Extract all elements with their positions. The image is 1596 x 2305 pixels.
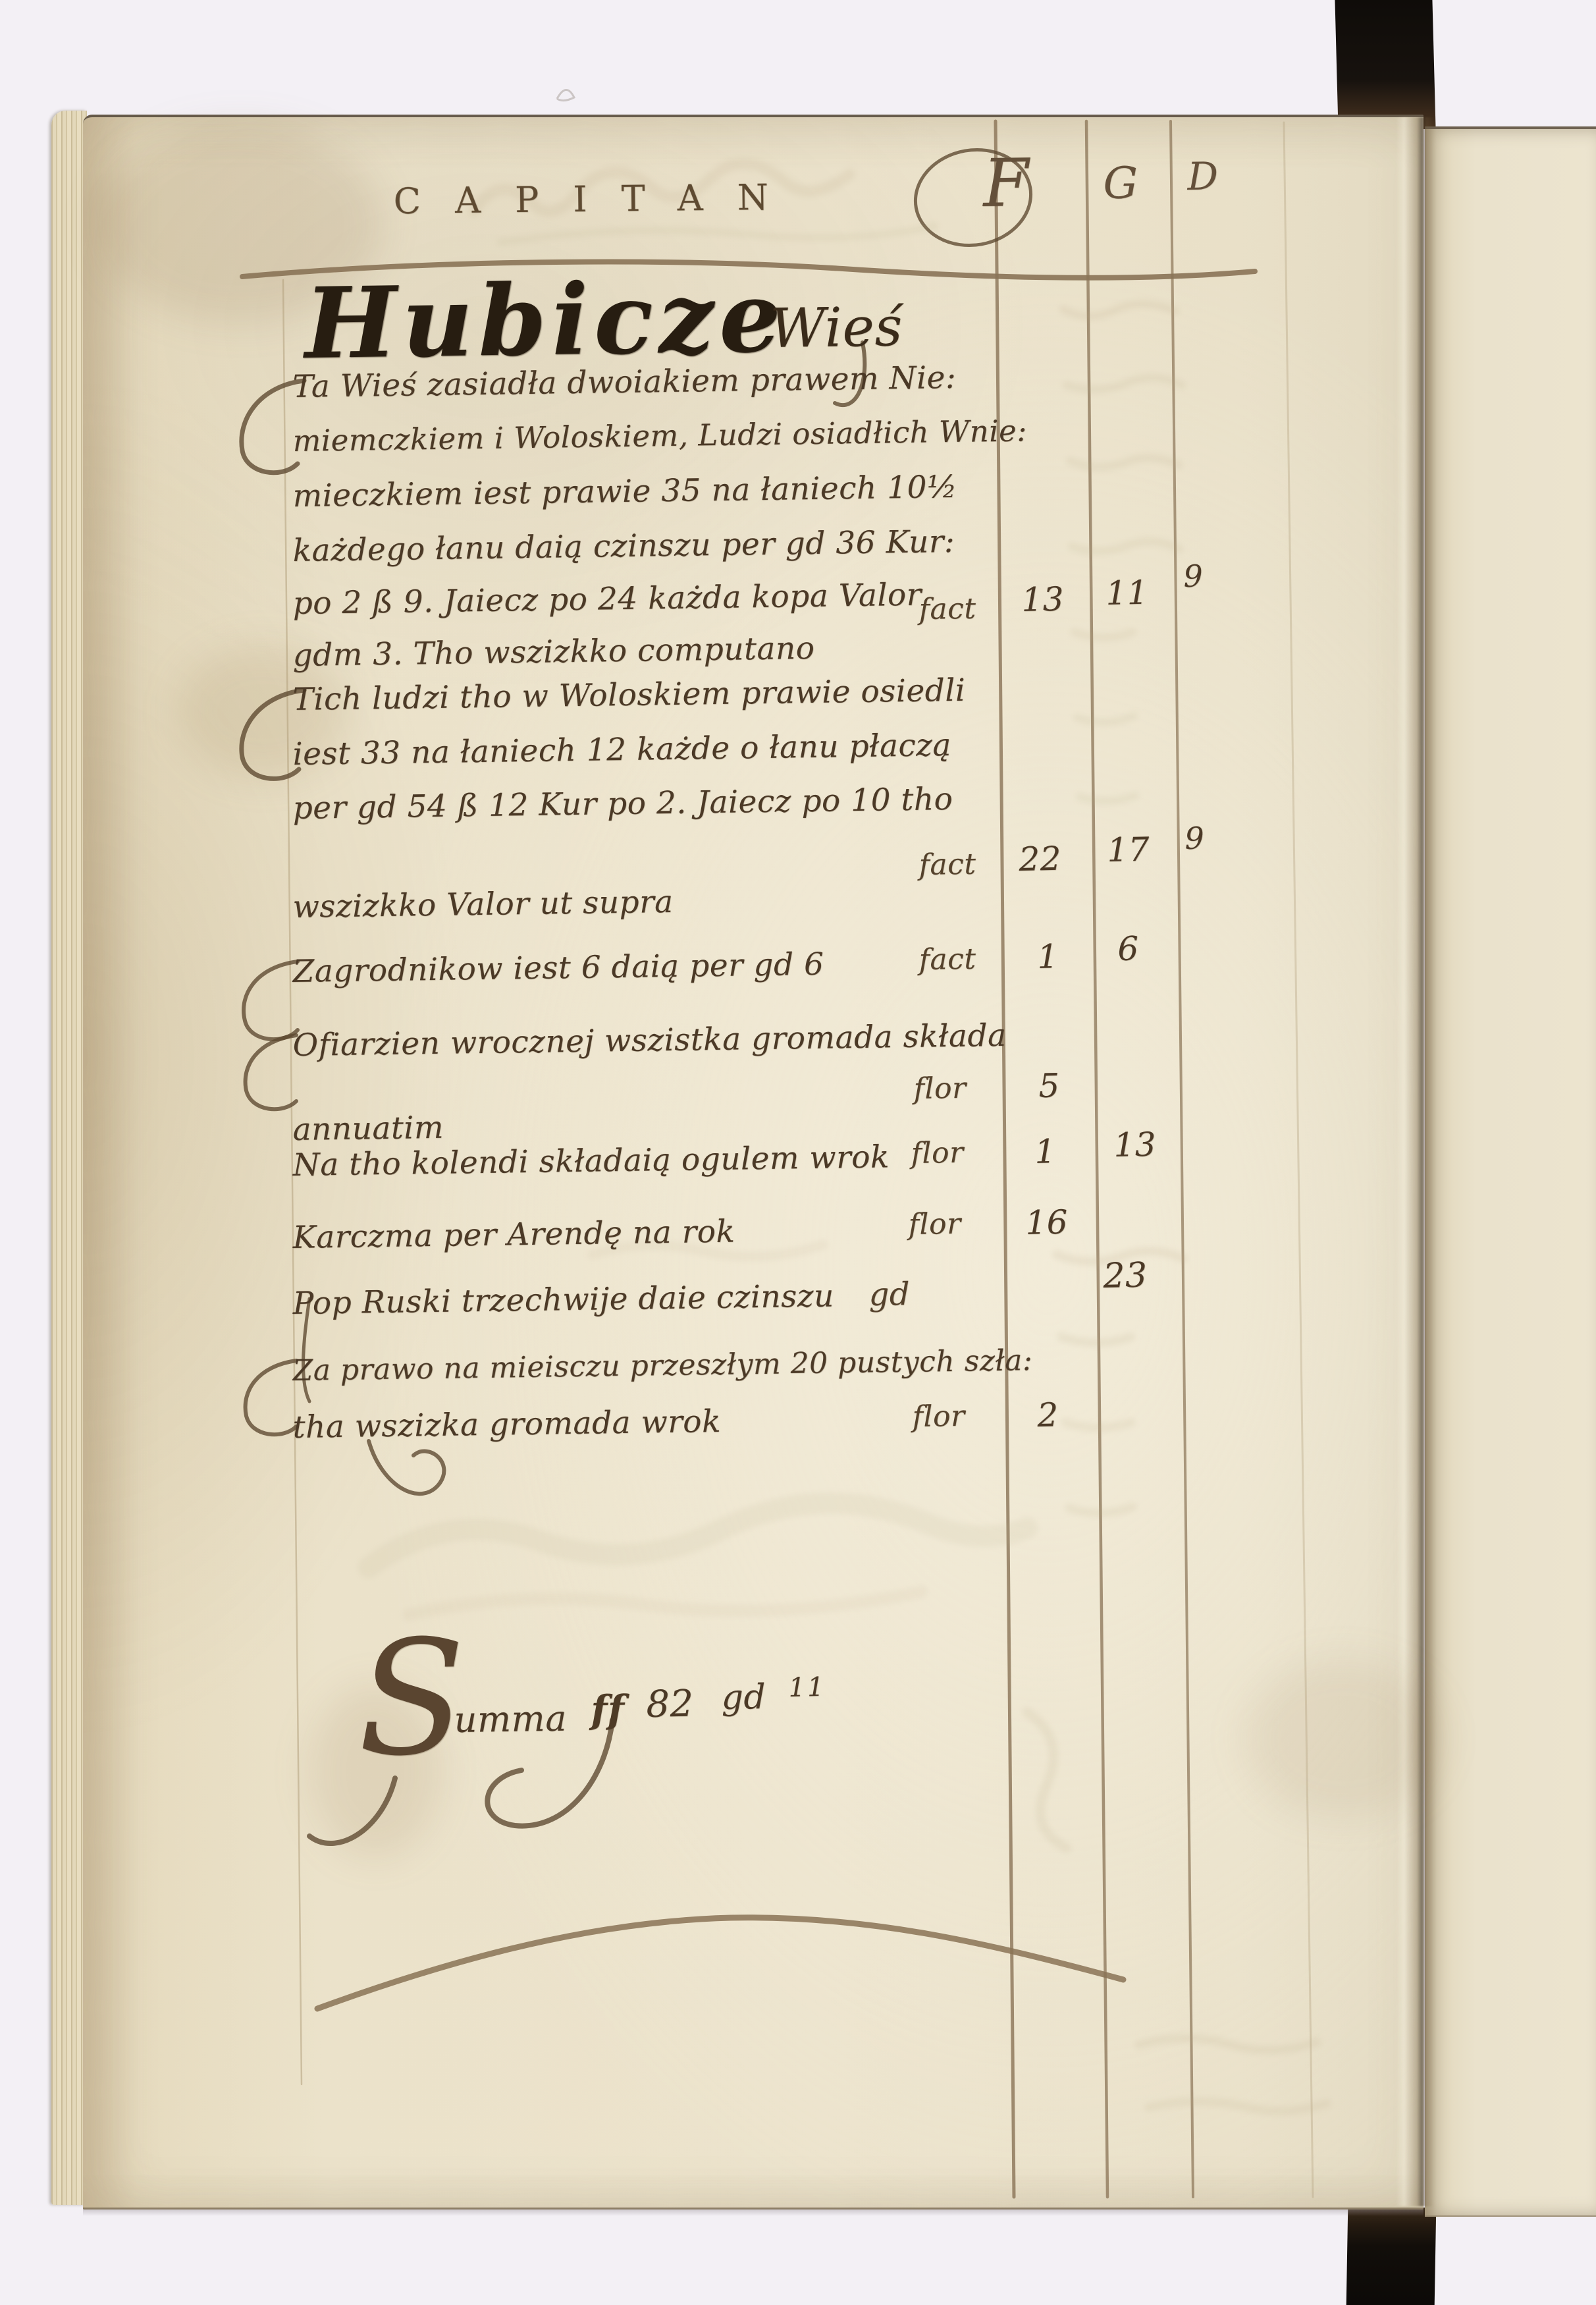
ghost-heading: [369, 1503, 1027, 1567]
descender-flourish: [369, 1441, 444, 1494]
amount-f: 22: [1019, 840, 1062, 879]
amount-f: 13: [1021, 580, 1065, 619]
page-title-suffix: Wieś: [770, 296, 903, 360]
amount-d: 9: [1183, 558, 1204, 594]
ghost-text: [1149, 2102, 1327, 2111]
amount-unit: flor: [908, 1207, 961, 1241]
column-header-f: F: [982, 144, 1030, 222]
running-header-title: CAPITAN: [393, 176, 803, 222]
amount-g: 13: [1113, 1125, 1157, 1164]
amount-unit: gd: [868, 1276, 910, 1313]
amount-unit: flor: [912, 1399, 965, 1434]
paragraph-flourish: [246, 1361, 296, 1434]
column-header-d: D: [1187, 153, 1219, 199]
ghost-text: [1072, 541, 1179, 551]
ghost-text: [1077, 716, 1134, 722]
entry-line: Zagrodnikow iest 6 daią per gd 6: [292, 946, 824, 990]
summa-florin-unit: ff: [591, 1687, 625, 1732]
entry-line: tha wszizka gromada wrok: [292, 1403, 721, 1446]
amount-f: 1: [1037, 937, 1059, 976]
ghost-text: [1139, 2038, 1317, 2050]
amount-g: 6: [1117, 929, 1140, 968]
column-rule-d: [1171, 121, 1193, 2197]
right-margin-rule: [1284, 122, 1313, 2197]
amount-g: 11: [1105, 574, 1149, 612]
amount-g: 23: [1103, 1256, 1148, 1296]
amount-f: 2: [1037, 1396, 1059, 1434]
paragraph-flourish: [246, 1035, 296, 1109]
summa-groszy: 11: [788, 1672, 826, 1703]
ghost-text: [1027, 1712, 1067, 1848]
footer-rule: [317, 1918, 1123, 2009]
amount-unit: flor: [911, 1136, 964, 1170]
amount-unit: fact: [918, 592, 976, 626]
ghost-text: [1061, 1337, 1130, 1343]
amount-f: 1: [1034, 1132, 1057, 1171]
amount-unit: flor: [913, 1071, 967, 1106]
amount-unit: fact: [918, 942, 976, 977]
amount-f: 5: [1038, 1066, 1061, 1105]
amount-f: 16: [1025, 1203, 1069, 1242]
summa-word: umma: [454, 1698, 567, 1741]
entry-line: Pop Ruski trzechwije daie czinszu: [292, 1278, 834, 1322]
amount-d: 9: [1184, 820, 1205, 856]
summa-florins: 82: [646, 1683, 695, 1726]
ghost-text: [1080, 796, 1135, 801]
entry-line: Karczma per Arendę na rok: [292, 1214, 735, 1256]
ghost-text: [1067, 378, 1182, 390]
column-rule-g: [1086, 121, 1107, 2197]
entry-line: annuatim: [292, 1110, 444, 1148]
ghost-text: [1070, 458, 1179, 467]
ghost-text: [1063, 304, 1175, 316]
amount-unit: fact: [918, 848, 976, 882]
summa-grosz-unit: gd: [721, 1677, 766, 1718]
pencil-mark: [557, 90, 574, 100]
ghost-text: [1075, 632, 1132, 637]
entry-line: gdm 3. Tho wszizkko computano: [292, 630, 815, 674]
ghost-heading: [408, 1592, 922, 1615]
entry-line: wszizkko Valor ut supra: [292, 884, 674, 925]
amount-g: 17: [1107, 830, 1150, 869]
summa-initial: S: [356, 1606, 467, 1791]
column-header-g: G: [1103, 157, 1138, 209]
bleedthrough-ghosts: [369, 164, 1327, 2111]
manuscript-scan: CAPITAN F G D Hubicze Wieś Ta Wieś zasia…: [0, 0, 1596, 2305]
ghost-text: [500, 226, 935, 242]
